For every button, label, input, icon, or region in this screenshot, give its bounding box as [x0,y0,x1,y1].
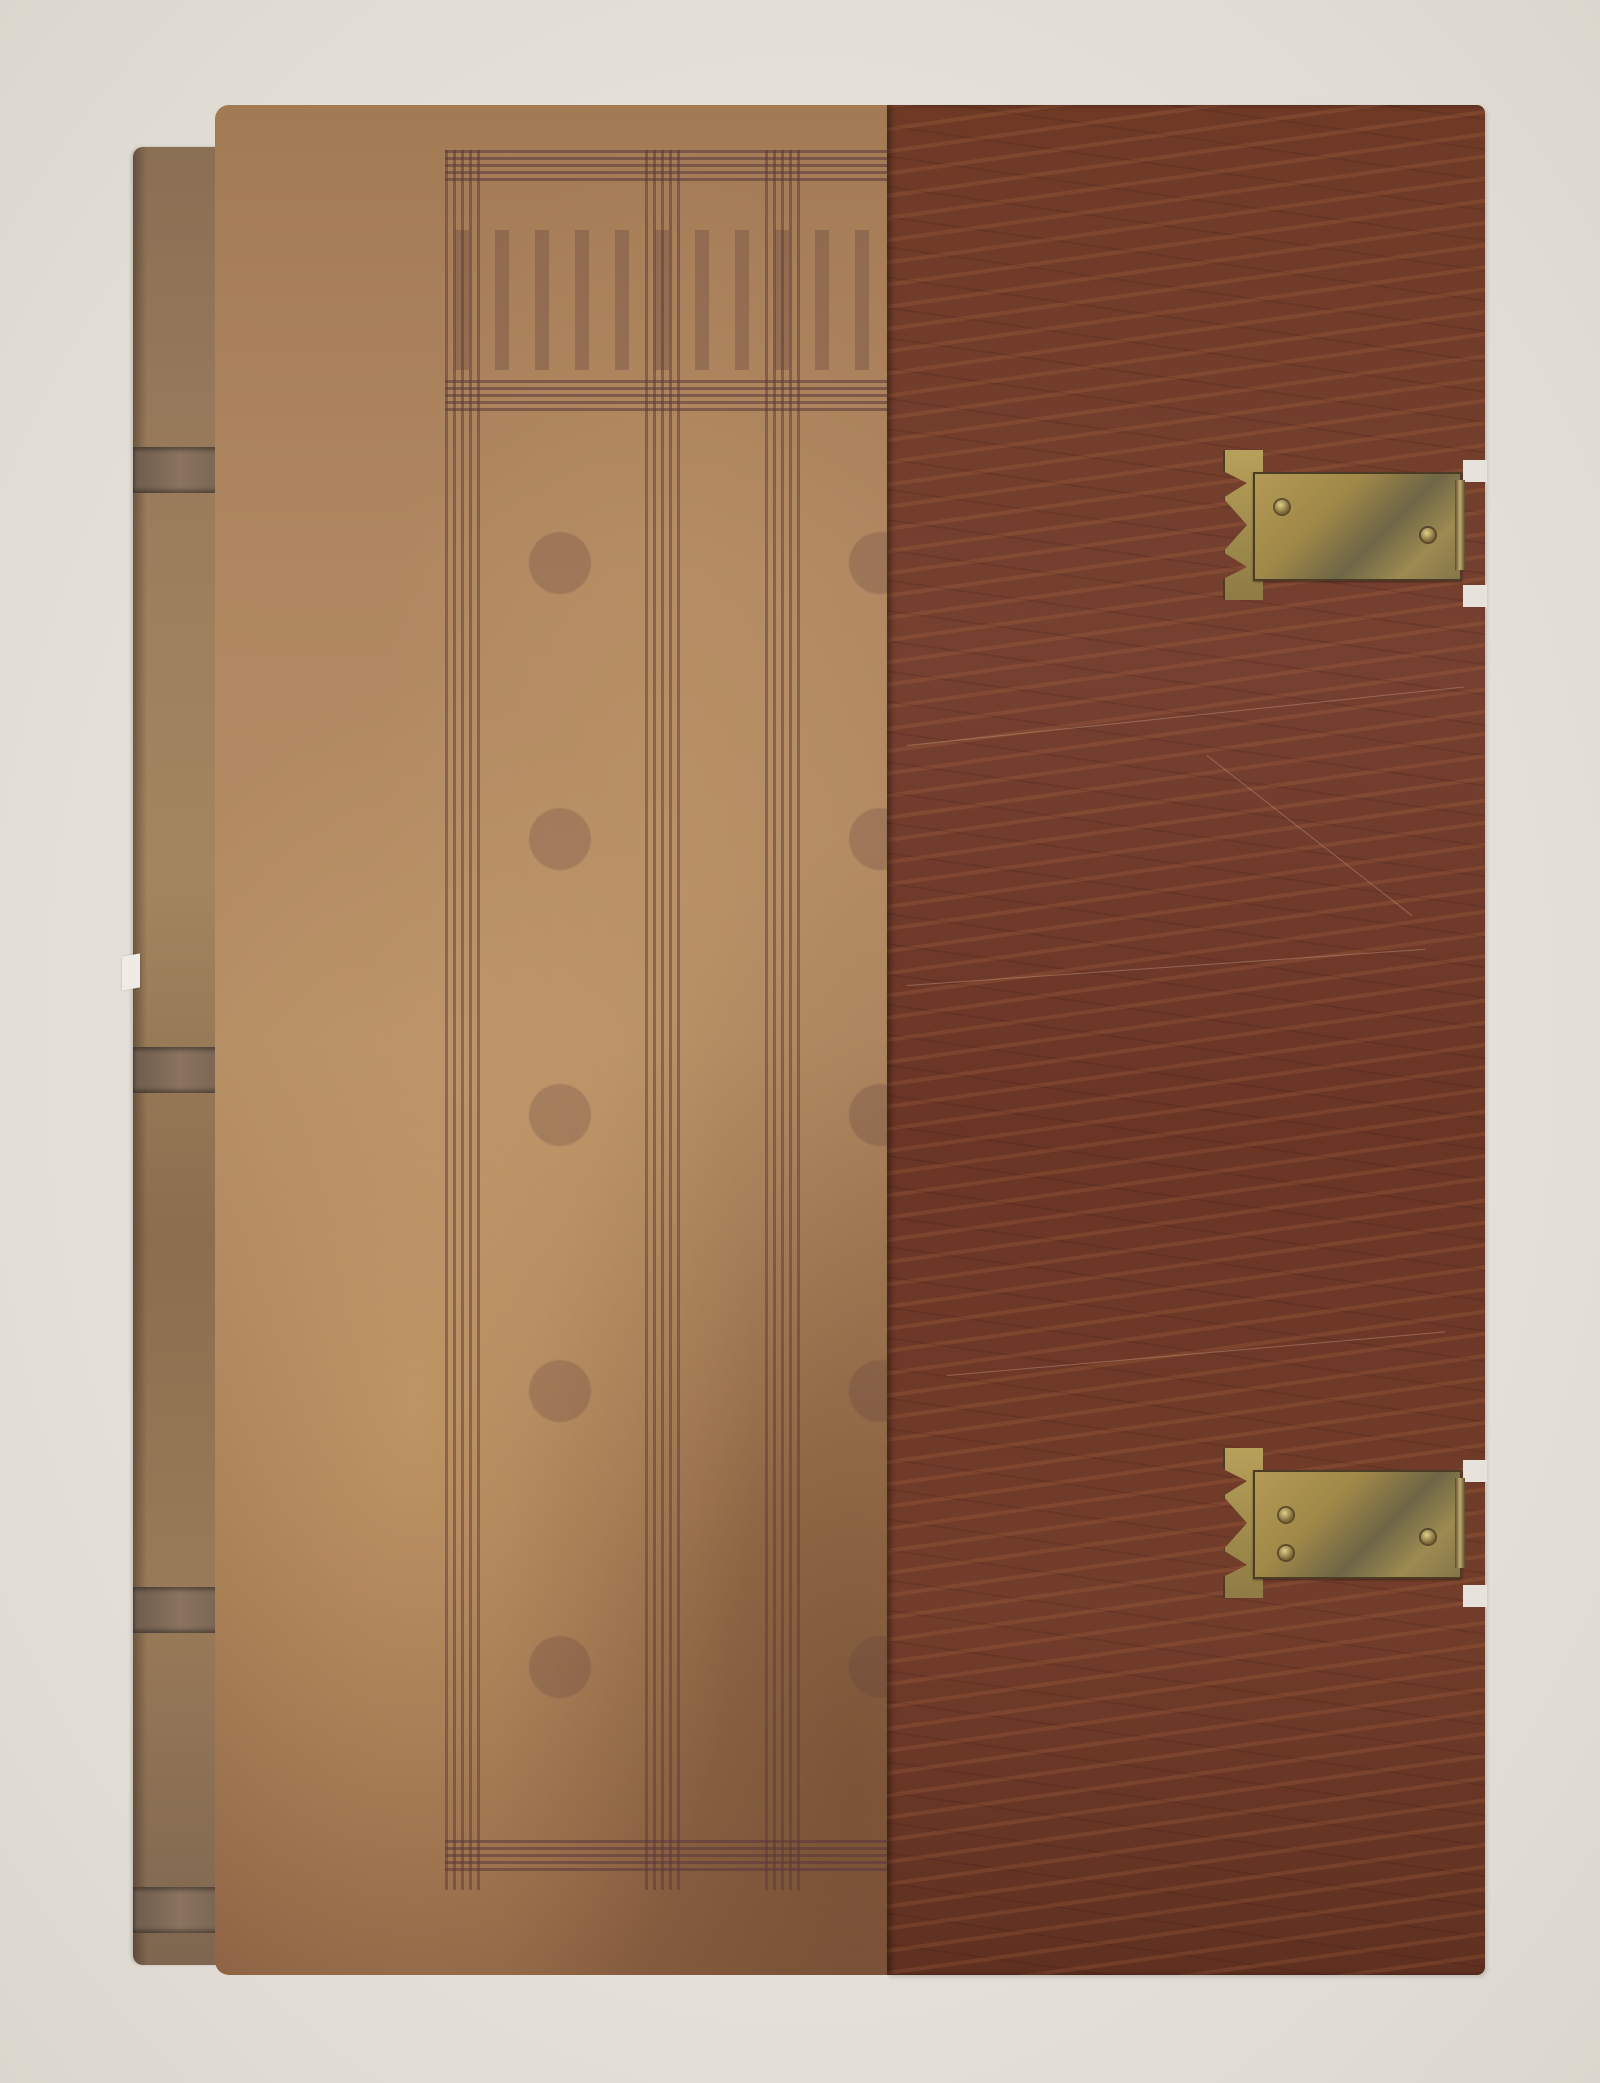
rivet [1279,1508,1293,1522]
rivet [1421,1530,1435,1544]
roll-tooled-panel-left [485,425,635,1805]
book [125,105,1485,1975]
scratch [947,1331,1445,1376]
clasp-notch [1463,1460,1487,1482]
tooled-lines-left [445,150,481,1890]
tooled-lines-center-left [645,150,681,1890]
clasp-notch [1463,1585,1487,1607]
clasp-hinge [1455,480,1465,570]
clasp-plate [1253,472,1462,581]
rivet [1279,1546,1293,1560]
rivet [1275,500,1289,514]
clasp-plate [1253,1470,1462,1579]
tooled-lines-center-right [765,150,801,1890]
clasp-hinge [1455,1478,1465,1568]
scratch [1207,755,1412,916]
clasp-notch [1463,585,1487,607]
oak-board [887,105,1485,1975]
brass-clasp-lower [1223,1448,1463,1598]
scratch [907,686,1464,746]
paper-tab [122,953,140,990]
scratch [907,949,1426,986]
rivet [1421,528,1435,542]
clasp-notch [1463,460,1487,482]
brass-clasp-upper [1223,450,1463,600]
